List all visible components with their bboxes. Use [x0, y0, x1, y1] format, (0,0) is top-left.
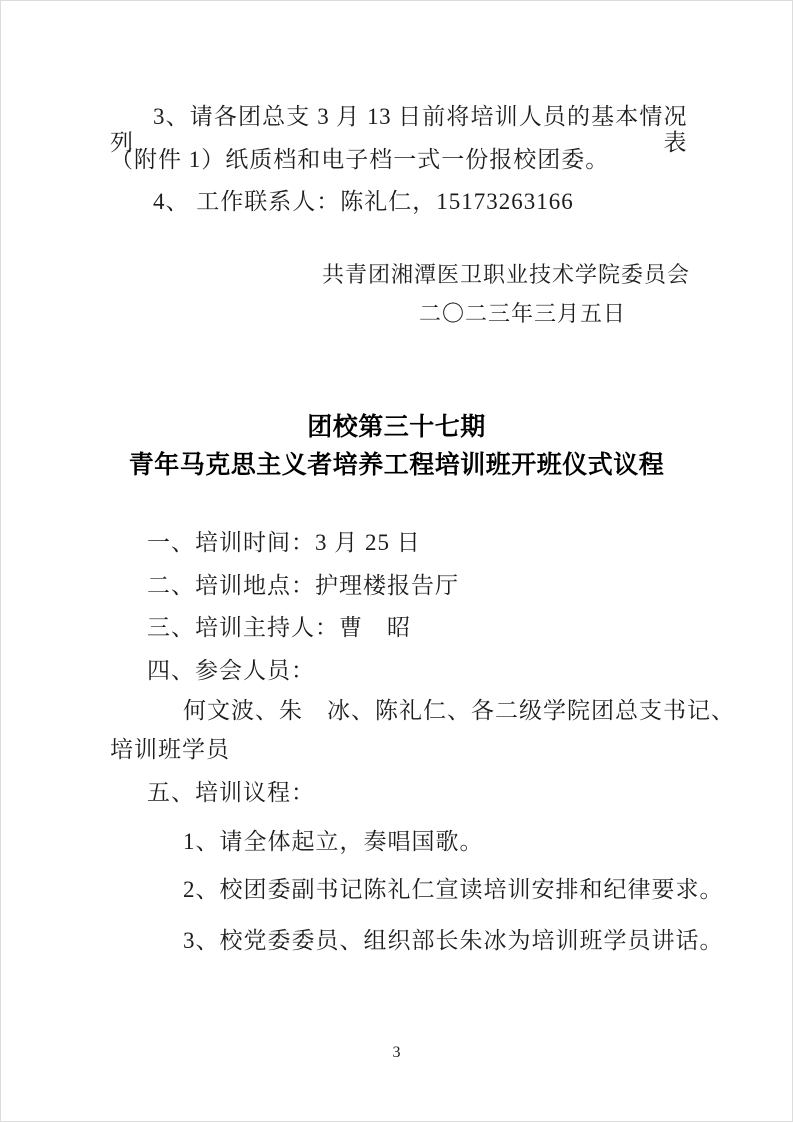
agenda-item-procedure-heading: 五、培训议程： — [147, 780, 315, 806]
agenda-title-line-2: 青年马克思主义者培养工程培训班开班仪式议程 — [0, 450, 793, 480]
notice-item-4: 4、 工作联系人：陈礼仁，15173263166 — [153, 189, 574, 215]
page-number: 3 — [0, 1040, 793, 1066]
agenda-item-attendees-heading: 四、参会人员： — [147, 658, 315, 684]
agenda-item-location: 二、培训地点：护理楼报告厅 — [147, 573, 459, 599]
document-page: 3、请各团总支 3 月 13 日前将培训人员的基本情况列表 （附件 1）纸质档和… — [0, 0, 793, 1122]
procedure-step-3: 3、校党委委员、组织部长朱冰为培训班学员讲话。 — [183, 928, 724, 954]
signature-date: 二〇二三年三月五日 — [419, 301, 626, 327]
agenda-title-line-1: 团校第三十七期 — [0, 412, 793, 442]
signature-organization: 共青团湘潭医卫职业技术学院委员会 — [322, 262, 690, 288]
agenda-item-host: 三、培训主持人：曹 昭 — [147, 615, 411, 641]
attendees-line-1: 何文波、朱 冰、陈礼仁、各二级学院团总支书记、 — [183, 698, 735, 724]
procedure-step-1: 1、请全体起立，奏唱国歌。 — [183, 829, 484, 855]
attendees-line-2: 培训班学员 — [110, 737, 230, 763]
agenda-item-time: 一、培训时间：3 月 25 日 — [147, 530, 421, 556]
procedure-step-2: 2、校团委副书记陈礼仁宣读培训安排和纪律要求。 — [183, 877, 724, 903]
notice-item-3-line-2: （附件 1）纸质档和电子档一式一份报校团委。 — [110, 147, 609, 173]
